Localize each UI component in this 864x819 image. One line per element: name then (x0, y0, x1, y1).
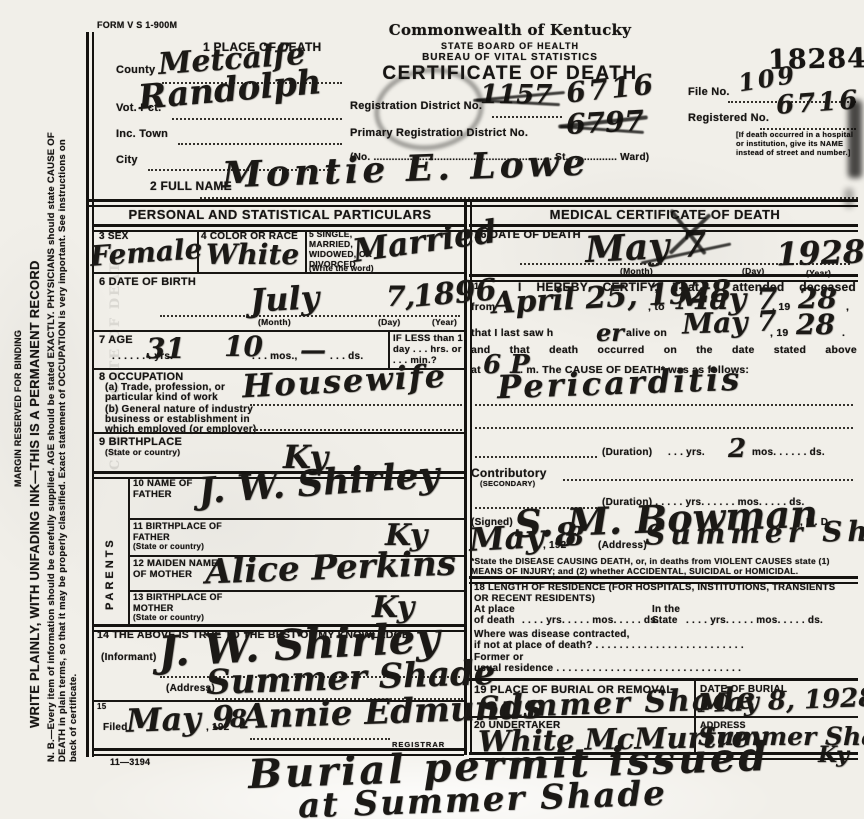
full-name-label: 2 FULL NAME (150, 179, 232, 193)
duration-label: (Duration) (602, 447, 652, 458)
period: . (842, 327, 845, 339)
saw-year-prefix: , 19 (770, 327, 789, 339)
father-birthplace-label: 11 BIRTHPLACE OF FATHER (133, 521, 228, 542)
last-saw-date-value: May 7 (681, 304, 777, 340)
secondary-sublabel: (SECONDARY) (480, 479, 535, 488)
divider-line (93, 272, 464, 274)
form-code: FORM V S 1-900M (97, 20, 177, 30)
saw-year-value: 28 (796, 308, 835, 341)
city-label: City (116, 154, 138, 166)
bureau-heading: BUREAU OF VITAL STATISTICS (388, 52, 632, 63)
month-caption: (Month) (258, 317, 291, 327)
contracted-label-1: Where was disease contracted, (474, 629, 630, 640)
scan-edge-smudge (844, 188, 854, 208)
birth-month-value: July (249, 278, 320, 320)
at-place-label-1: At place (474, 604, 515, 615)
dotted-leader (250, 736, 390, 740)
death-certificate-scan: MARGIN RESERVED FOR BINDING WRITE PLAINL… (0, 0, 864, 819)
last-saw-er-overwrite: er (596, 318, 624, 347)
filing-item-number: 15 (97, 702, 106, 711)
last-saw-label: that I last saw h (471, 327, 553, 339)
divider-line (93, 432, 464, 434)
registered-no-label: Registered No. (688, 112, 769, 124)
filed-date-value: May 9 (125, 698, 234, 740)
cause-of-death-value: Pericarditis (496, 360, 742, 407)
cell-divider (128, 477, 130, 624)
age-label: 7 AGE (99, 334, 133, 346)
duration-tail-caption: mos. . . . . . ds. (752, 447, 825, 458)
duration-months-value: 2 (728, 434, 746, 464)
divider-line (469, 716, 858, 718)
birthplace-sublabel: (State or country) (105, 447, 180, 457)
duration-yrs-caption: . . . yrs. (668, 447, 705, 458)
dotted-leader (178, 141, 342, 145)
signature-year-prefix: , 192 (543, 540, 567, 551)
informant-label: (Informant) (101, 652, 157, 663)
sex-value: Female (89, 232, 203, 273)
occupation-a-label-2: particular kind of work (105, 392, 218, 403)
inc-town-label: Inc. Town (116, 128, 168, 140)
dotted-leader (475, 454, 597, 458)
dotted-leader (250, 402, 462, 406)
contributory-label: Contributory (471, 466, 547, 480)
parents-group-label: PARENTS (104, 480, 116, 610)
dotted-leader (475, 402, 853, 406)
occupation-value: Housewife (241, 357, 448, 406)
in-state-label-1: In the (652, 604, 680, 615)
signature-address-label: (Address) (598, 540, 647, 551)
primary-district-label: Primary Registration District No. (350, 127, 528, 139)
personal-section-title: PERSONAL AND STATISTICAL PARTICULARS (100, 207, 460, 222)
dotted-leader (563, 477, 853, 481)
margin-binding-note: MARGIN RESERVED FOR BINDING (13, 282, 23, 487)
at-place-units: . . . . yrs. . . . . mos. . . . . ds. (522, 615, 659, 626)
scan-edge-smudge (848, 100, 862, 178)
father-name-value: J. W. Shirley (197, 454, 441, 513)
in-state-units: . . . . yrs. . . . . mos. . . . . ds. (686, 615, 823, 626)
dotted-leader (492, 114, 562, 118)
day-caption: (Day) (378, 317, 401, 327)
contracted-label-2: if not at place of death? . . . . . . . … (474, 640, 744, 651)
commonwealth-heading: Commonwealth of Kentucky (388, 21, 632, 39)
date-of-death-label: 16 DATE OF DEATH (474, 229, 581, 241)
father-birthplace-sublabel: (State or country) (133, 542, 204, 551)
medical-section-title: MEDICAL CERTIFICATE OF DEATH (505, 207, 825, 222)
date-of-birth-label: 6 DATE OF BIRTH (99, 276, 196, 288)
margin-nb-note: N. B.—Every item of information should b… (46, 117, 88, 762)
registration-district-label: Registration District No. (350, 100, 482, 112)
age-yrs-caption: . . . . . . . yrs. (112, 351, 173, 362)
race-value: White (206, 238, 299, 271)
cause-footnote: *State the DISEASE CAUSING DEATH, or, in… (471, 556, 859, 576)
cell-divider (305, 230, 307, 272)
former-residence-label-1: Former or (474, 652, 523, 663)
file-no-label: File No. (688, 86, 730, 98)
form-left-border (86, 32, 94, 757)
burial-date-value: May 8, 1928 (698, 683, 864, 719)
age-mos-caption: . . . mos., (252, 351, 298, 362)
hospital-note: [If death occurred in a hospital or inst… (736, 131, 858, 158)
former-residence-label-2: usual residence . . . . . . . . . . . . … (474, 663, 741, 674)
county-label: County (116, 64, 155, 76)
alive-on-label: alive on (626, 327, 667, 339)
birth-day-value: 7, (386, 280, 415, 313)
certify-item-number: 17 (474, 281, 485, 291)
print-code: 11—3194 (110, 757, 150, 767)
mother-name-value: Alice Perkins (204, 544, 456, 593)
divider-heavy (469, 678, 858, 681)
filed-year-prefix: , 192 (206, 722, 230, 733)
at-place-label-2: of death (474, 615, 515, 626)
dotted-leader (253, 427, 462, 431)
signature-year-value: 8 (566, 522, 584, 552)
at-label: at (471, 364, 481, 376)
attended-to-label: , to (648, 301, 665, 313)
full-name-value: Montie E. Lowe (221, 142, 590, 197)
mother-birthplace-sublabel: (State or country) (133, 613, 204, 622)
year-caption: (Year) (432, 317, 457, 327)
comma: , (846, 301, 849, 313)
state-board-heading: STATE BOARD OF HEALTH (388, 41, 632, 51)
margin-permanent-record-note: WRITE PLAINLY, WITH UNFADING INK—THIS IS… (27, 143, 42, 728)
signature-date-value: May 8 (468, 515, 578, 559)
dotted-leader (172, 116, 342, 120)
filed-label: Filed (103, 722, 128, 733)
dotted-leader (475, 425, 853, 429)
age-days-value: — (300, 336, 326, 366)
residence-section-label: 18 LENGTH OF RESIDENCE (FOR HOSPITALS, I… (474, 582, 852, 604)
in-state-label-2: State (652, 615, 678, 626)
mother-birthplace-label: 13 BIRTHPLACE OF MOTHER (133, 592, 228, 613)
signature-address-value: Summer Shade (645, 513, 864, 551)
divider-heavy (88, 199, 858, 207)
